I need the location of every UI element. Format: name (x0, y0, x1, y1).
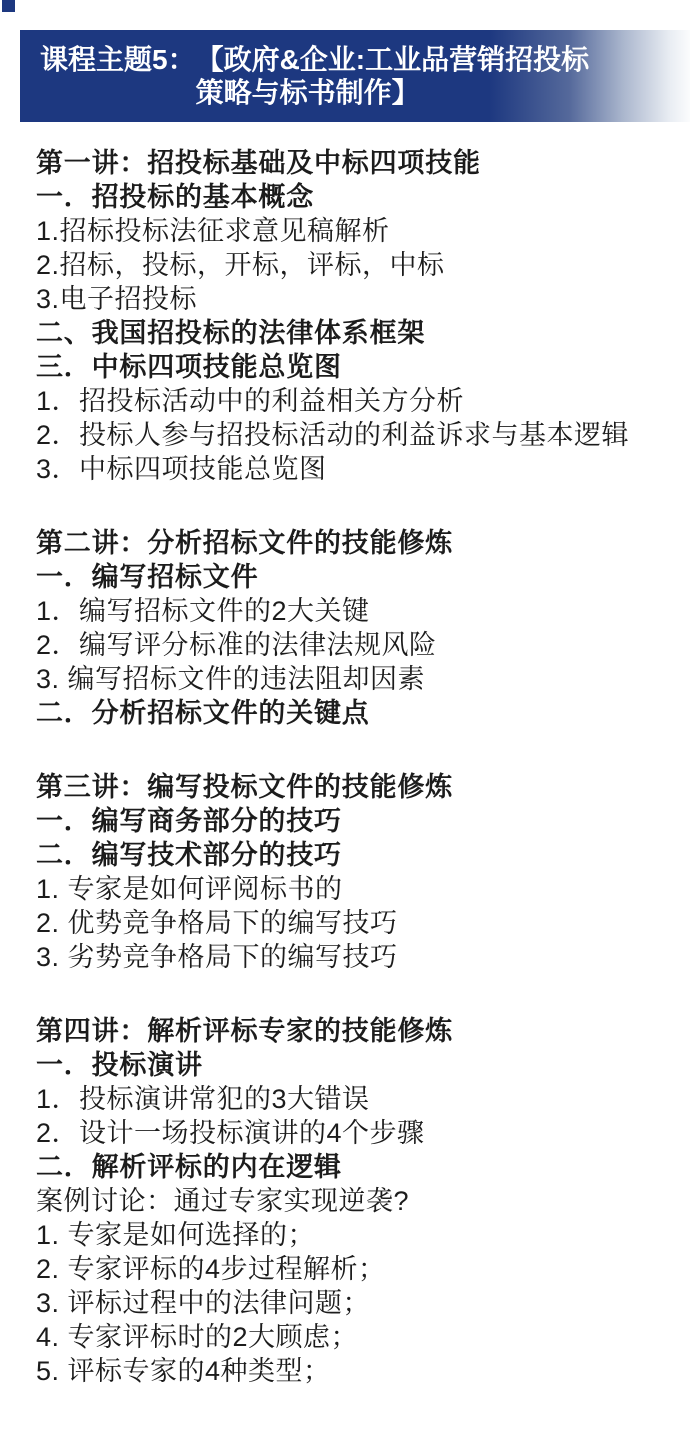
lecture-4-heading: 第四讲：解析评标专家的技能修炼 (36, 1014, 682, 1048)
outline-item: 1.招标投标法征求意见稿解析 (36, 214, 682, 248)
outline-item: 一．投标演讲 (36, 1048, 682, 1082)
outline-item: 2．编写评分标准的法律法规风险 (36, 628, 682, 662)
outline-item: 1. 专家是如何选择的； (36, 1218, 682, 1252)
outline-item: 二．解析评标的内在逻辑 (36, 1150, 682, 1184)
outline-item: 一．编写商务部分的技巧 (36, 804, 682, 838)
lecture-3-heading: 第三讲：编写投标文件的技能修炼 (36, 770, 682, 804)
course-topic-title-line1: 【政府&企业:工业品营销招投标 (196, 43, 590, 76)
outline-item: 2. 专家评标的4步过程解析； (36, 1252, 682, 1286)
outline-item: 3. 评标过程中的法律问题； (36, 1286, 682, 1320)
outline-item: 三．中标四项技能总览图 (36, 350, 682, 384)
lecture-2: 第二讲：分析招标文件的技能修炼 一．编写招标文件 1．编写招标文件的2大关键 2… (36, 526, 682, 730)
course-topic-title: 【政府&企业:工业品营销招投标 策略与标书制作】 (196, 43, 590, 109)
outline-item: 1. 专家是如何评阅标书的 (36, 872, 682, 906)
outline-item: 2.招标，投标，开标，评标，中标 (36, 248, 682, 282)
lecture-4: 第四讲：解析评标专家的技能修炼 一．投标演讲 1．投标演讲常犯的3大错误 2．设… (36, 1014, 682, 1388)
lecture-1: 第一讲：招投标基础及中标四项技能 一．招投标的基本概念 1.招标投标法征求意见稿… (36, 146, 682, 486)
outline-item: 一．招投标的基本概念 (36, 180, 682, 214)
course-topic-title-line2: 策略与标书制作】 (196, 76, 590, 109)
outline-item: 案例讨论：通过专家实现逆袭? (36, 1184, 682, 1218)
outline-item: 二．编写技术部分的技巧 (36, 838, 682, 872)
outline-item: 4. 专家评标时的2大顾虑； (36, 1320, 682, 1354)
lecture-1-heading: 第一讲：招投标基础及中标四项技能 (36, 146, 682, 180)
outline-item: 二、我国招投标的法律体系框架 (36, 316, 682, 350)
corner-decoration (2, 0, 15, 12)
lecture-2-heading: 第二讲：分析招标文件的技能修炼 (36, 526, 682, 560)
outline-item: 3．中标四项技能总览图 (36, 452, 682, 486)
outline-item: 2. 优势竞争格局下的编写技巧 (36, 906, 682, 940)
outline-item: 2．设计一场投标演讲的4个步骤 (36, 1116, 682, 1150)
outline-item: 1．投标演讲常犯的3大错误 (36, 1082, 682, 1116)
outline-item: 3. 编写招标文件的违法阻却因素 (36, 662, 682, 696)
course-outline-content: 第一讲：招投标基础及中标四项技能 一．招投标的基本概念 1.招标投标法征求意见稿… (36, 146, 682, 1388)
outline-item: 一．编写招标文件 (36, 560, 682, 594)
course-topic-banner: 课程主题5： 【政府&企业:工业品营销招投标 策略与标书制作】 (20, 30, 690, 122)
outline-item: 5. 评标专家的4种类型； (36, 1354, 682, 1388)
lecture-3: 第三讲：编写投标文件的技能修炼 一．编写商务部分的技巧 二．编写技术部分的技巧 … (36, 770, 682, 974)
outline-item: 二．分析招标文件的关键点 (36, 696, 682, 730)
outline-item: 3.电子招投标 (36, 282, 682, 316)
course-topic-label: 课程主题5： (40, 43, 196, 76)
outline-item: 1．编写招标文件的2大关键 (36, 594, 682, 628)
outline-item: 2．投标人参与招投标活动的利益诉求与基本逻辑 (36, 418, 682, 452)
outline-item: 1．招投标活动中的利益相关方分析 (36, 384, 682, 418)
outline-item: 3. 劣势竞争格局下的编写技巧 (36, 940, 682, 974)
